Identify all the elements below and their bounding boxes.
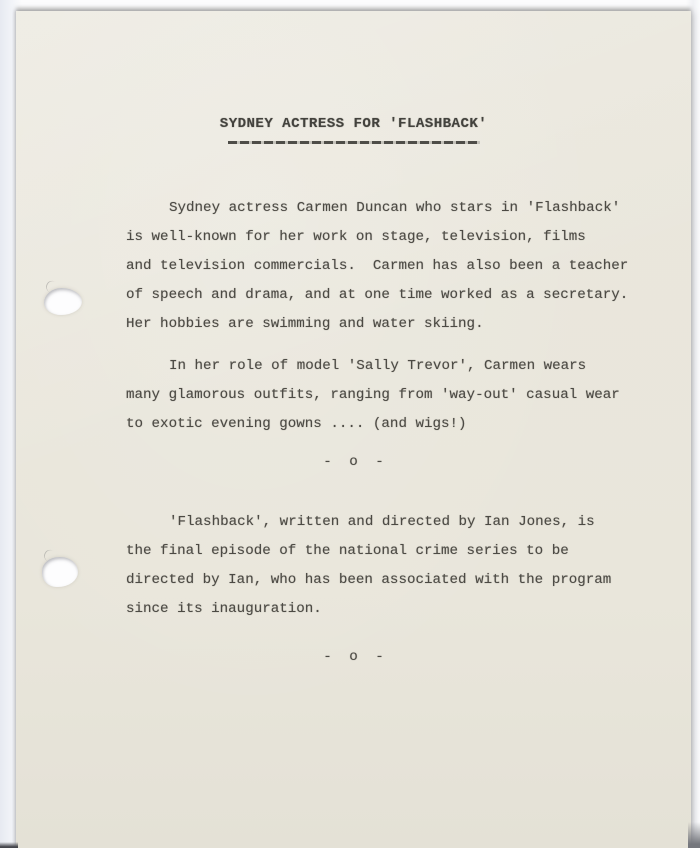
section-separator: - o - [16, 448, 691, 477]
photo-background: SYDNEY ACTRESS FOR 'FLASHBACK' Sydney ac… [0, 0, 700, 848]
text-line: In her role of model 'Sally Trevor', Car… [126, 352, 661, 381]
text-line: to exotic evening gowns .... (and wigs!) [126, 410, 661, 439]
paragraph-1: Sydney actress Carmen Duncan who stars i… [126, 194, 661, 339]
text-line: many glamorous outfits, ranging from 'wa… [126, 381, 661, 410]
section-separator: - o - [16, 643, 691, 672]
document-page: SYDNEY ACTRESS FOR 'FLASHBACK' Sydney ac… [16, 11, 691, 848]
text-line: since its inauguration. [126, 595, 661, 624]
photo-corner-shadow [688, 822, 700, 848]
title-block: SYDNEY ACTRESS FOR 'FLASHBACK' [16, 114, 691, 144]
photo-corner-shadow [0, 842, 18, 848]
title-underline [228, 141, 480, 144]
text-line: and television commercials. Carmen has a… [126, 252, 661, 281]
text-line: Sydney actress Carmen Duncan who stars i… [126, 194, 661, 223]
text-line: 'Flashback', written and directed by Ian… [126, 508, 661, 537]
text-line: is well-known for her work on stage, tel… [126, 223, 661, 252]
punch-hole-top [44, 288, 82, 315]
text-line: Her hobbies are swimming and water skiin… [126, 310, 661, 339]
text-line: of speech and drama, and at one time wor… [126, 281, 661, 310]
page-title: SYDNEY ACTRESS FOR 'FLASHBACK' [220, 115, 487, 133]
punch-hole-bottom [42, 557, 78, 587]
paragraph-3: 'Flashback', written and directed by Ian… [126, 508, 661, 624]
text-line: the final episode of the national crime … [126, 537, 661, 566]
text-line: directed by Ian, who has been associated… [126, 566, 661, 595]
paragraph-2: In her role of model 'Sally Trevor', Car… [126, 352, 661, 439]
